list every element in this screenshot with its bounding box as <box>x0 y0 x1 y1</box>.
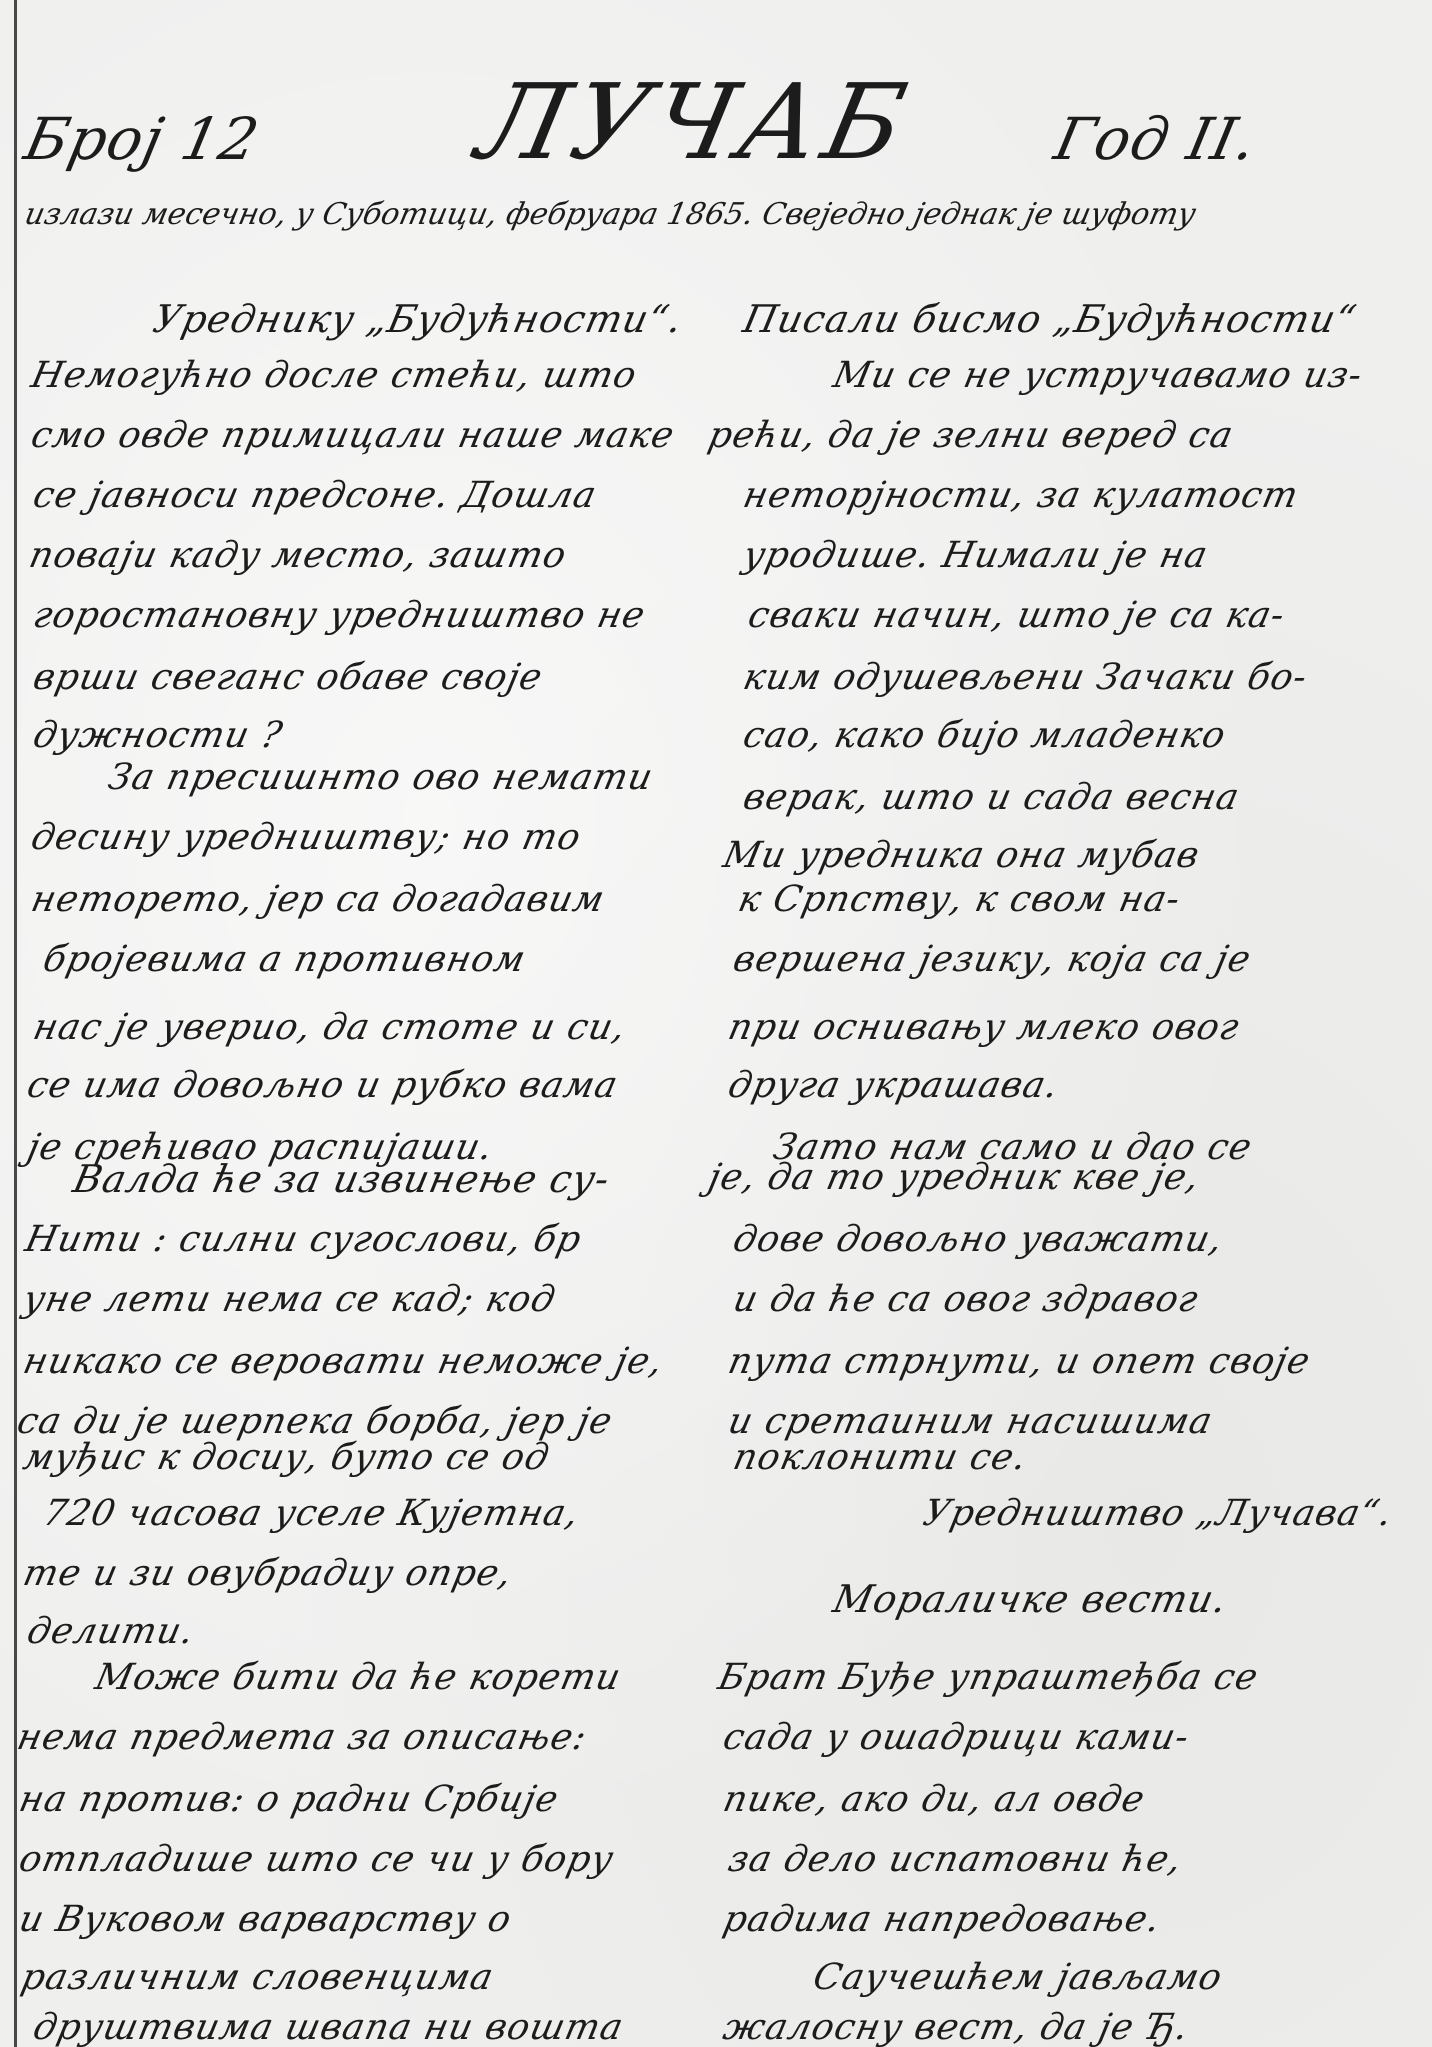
manuscript-line: Нити : силни сугослови, бр <box>22 1222 585 1258</box>
manuscript-line: вершена језику, која са је <box>730 942 1254 978</box>
manuscript-line: сваки начин, што је са ка- <box>745 598 1288 634</box>
section-heading: Мораличке вести. <box>830 1580 1231 1618</box>
manuscript-line: Саучешћем јављамо <box>810 1960 1226 1996</box>
manuscript-line: Брат Буђе упраштеђба се <box>715 1660 1262 1696</box>
manuscript-line: друштвима швапа ни вошта <box>30 2010 627 2046</box>
manuscript-line: и сретаиним насишима <box>725 1404 1216 1440</box>
manuscript-line: к Српству, к свом на- <box>735 882 1184 918</box>
manuscript-line: врши свеганс обаве своје <box>30 660 546 696</box>
issue-number: Број 12 <box>20 110 264 168</box>
manuscript-line: се има довољно и рубко вама <box>24 1068 621 1104</box>
manuscript-line: отпладише што се чи у бору <box>16 1842 617 1878</box>
newsletter-title: ЛУЧАБ <box>470 70 920 174</box>
manuscript-line: сао, како бијо младенко <box>740 718 1229 754</box>
manuscript-line: и Вуковом варварству о <box>16 1902 515 1938</box>
section-heading: Уреднику „Будућности“. <box>150 300 686 338</box>
manuscript-line: верак, што и сада весна <box>740 780 1243 816</box>
manuscript-line: на против: о радни Србије <box>16 1782 562 1818</box>
manuscript-line: пута стрнути, и опет своје <box>725 1344 1314 1380</box>
manuscript-line: различним словенцима <box>18 1960 497 1996</box>
section-heading: Валда ће за извинење су- <box>70 1160 614 1198</box>
manuscript-line: Уредништво „Лучава“. <box>920 1496 1396 1532</box>
volume-year: Год II. <box>1050 110 1262 168</box>
manuscript-line: неторето, јер са догадавим <box>28 882 608 918</box>
manuscript-line: жалосну вест, да је Ђ. <box>720 2010 1192 2046</box>
section-heading: Писали бисмо „Будућности“ <box>740 300 1360 338</box>
manuscript-line: Ми се не устручавамо из- <box>830 358 1366 394</box>
manuscript-line: дове довољно уважати, <box>730 1222 1226 1258</box>
manuscript-line: сада у ошадрици ками- <box>720 1720 1193 1756</box>
manuscript-line: муђис к досиу, буто се од <box>20 1440 553 1476</box>
manuscript-line: нема предмета за описање: <box>14 1720 590 1756</box>
manuscript-line: радима напредовање. <box>720 1902 1164 1938</box>
manuscript-line: са ди је шерпека борба, јер је <box>14 1404 616 1440</box>
manuscript-line: Може бити да ће корети <box>92 1660 624 1696</box>
manuscript-line: уродише. Нимали је на <box>740 538 1211 574</box>
manuscript-line: поваји каду место, зашто <box>26 538 570 574</box>
manuscript-line: 720 часова уселе Кујетна, <box>40 1496 582 1532</box>
manuscript-line: је, да то уредник кве је, <box>705 1160 1203 1196</box>
manuscript-line: друга украшава. <box>725 1068 1062 1104</box>
manuscript-line: рећи, да је зелни веред са <box>705 418 1237 454</box>
manuscript-line: горостановну уредништво не <box>30 598 649 634</box>
manuscript-line: поклонити се. <box>730 1440 1030 1476</box>
manuscript-line: неторјности, за кулатост <box>740 478 1302 514</box>
manuscript-line: бројевима а противном <box>40 942 529 978</box>
manuscript-line: при оснивању млеко овог <box>725 1010 1243 1046</box>
manuscript-line: десину уредништву; но то <box>28 820 584 856</box>
manuscript-line: Немогућно досле стећи, што <box>28 358 640 394</box>
manuscript-line: дужности ? <box>30 718 286 754</box>
manuscript-line: За пресишнто ово немати <box>105 760 656 796</box>
manuscript-line: те и зи овубрадиу опре, <box>20 1556 515 1592</box>
manuscript-page: Број 12 ЛУЧАБ Год II. излази месечно, у … <box>0 0 1432 2047</box>
manuscript-line: се јавноси предсоне. Дошла <box>30 478 600 514</box>
manuscript-line: никако се веровати неможе је, <box>20 1344 666 1380</box>
manuscript-line: и да ће са овог здравог <box>730 1282 1202 1318</box>
manuscript-line: за дело испатовни ће, <box>725 1842 1185 1878</box>
manuscript-line: смо овде примицали наше маке <box>28 418 678 454</box>
publication-subtitle: излази месечно, у Суботици, фебруара 186… <box>22 200 1198 230</box>
manuscript-line: Ми уредника она мубав <box>720 838 1203 874</box>
manuscript-line: пике, ако ди, ал овде <box>720 1782 1148 1818</box>
manuscript-line: уне лети нема се кад; код <box>20 1282 559 1318</box>
manuscript-line: ким одушевљени Зачаки бо- <box>740 660 1311 696</box>
manuscript-line: нас је уверио, да стоте и си, <box>30 1010 629 1046</box>
manuscript-line: делити. <box>24 1614 198 1650</box>
